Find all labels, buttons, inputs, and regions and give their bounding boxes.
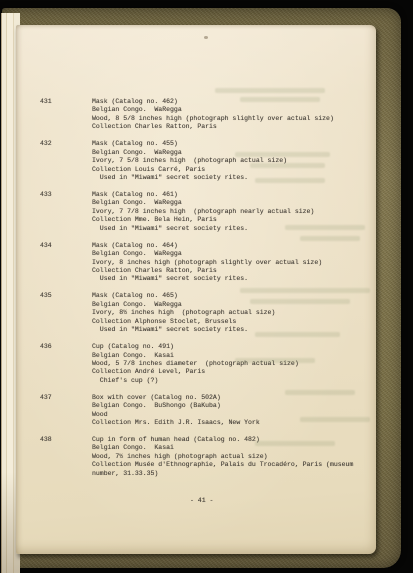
entry-lines: Box with cover (Catalog no. 502A) Belgia… xyxy=(92,394,260,428)
entry-lines: Mask (Catalog no. 455) Belgian Congo. Wa… xyxy=(92,140,287,182)
show-through-mark xyxy=(255,332,340,337)
show-through-mark xyxy=(235,358,315,363)
show-through-mark xyxy=(300,236,360,241)
entry-number: 432 xyxy=(40,140,92,182)
show-through-mark xyxy=(250,163,325,168)
page-number: - 41 - xyxy=(190,496,213,505)
catalog-entry: 434Mask (Catalog no. 464) Belgian Congo.… xyxy=(40,242,360,284)
show-through-mark xyxy=(300,417,370,422)
scanned-book-photo: 431Mask (Catalog no. 462) Belgian Congo.… xyxy=(0,0,413,573)
show-through-mark xyxy=(240,288,370,293)
show-through-mark xyxy=(285,390,355,395)
entry-number: 437 xyxy=(40,394,92,428)
catalog-entry: 432Mask (Catalog no. 455) Belgian Congo.… xyxy=(40,140,360,182)
catalog-entry: 437Box with cover (Catalog no. 502A) Bel… xyxy=(40,394,360,428)
entry-number: 435 xyxy=(40,292,92,334)
catalog-entry: 436Cup (Catalog no. 491) Belgian Congo. … xyxy=(40,343,360,385)
entry-lines: Mask (Catalog no. 464) Belgian Congo. Wa… xyxy=(92,242,322,284)
ink-speck xyxy=(204,36,208,39)
entry-lines: Mask (Catalog no. 465) Belgian Congo. Wa… xyxy=(92,292,275,334)
show-through-mark xyxy=(250,299,350,304)
entry-number: 431 xyxy=(40,98,92,132)
show-through-mark xyxy=(255,178,325,183)
entry-number: 436 xyxy=(40,343,92,385)
entry-number: 433 xyxy=(40,191,92,233)
entry-number: 438 xyxy=(40,436,92,478)
catalog-page: 431Mask (Catalog no. 462) Belgian Congo.… xyxy=(16,25,376,554)
entry-number: 434 xyxy=(40,242,92,284)
entry-lines: Mask (Catalog no. 462) Belgian Congo. Wa… xyxy=(92,98,334,132)
show-through-mark xyxy=(215,88,325,93)
show-through-mark xyxy=(255,441,335,446)
entry-lines: Cup (Catalog no. 491) Belgian Congo. Kas… xyxy=(92,343,299,385)
show-through-mark xyxy=(240,97,320,102)
entry-lines: Mask (Catalog no. 461) Belgian Congo. Wa… xyxy=(92,191,314,233)
catalog-entry: 431Mask (Catalog no. 462) Belgian Congo.… xyxy=(40,98,360,132)
show-through-mark xyxy=(235,152,330,157)
show-through-mark xyxy=(285,225,365,230)
